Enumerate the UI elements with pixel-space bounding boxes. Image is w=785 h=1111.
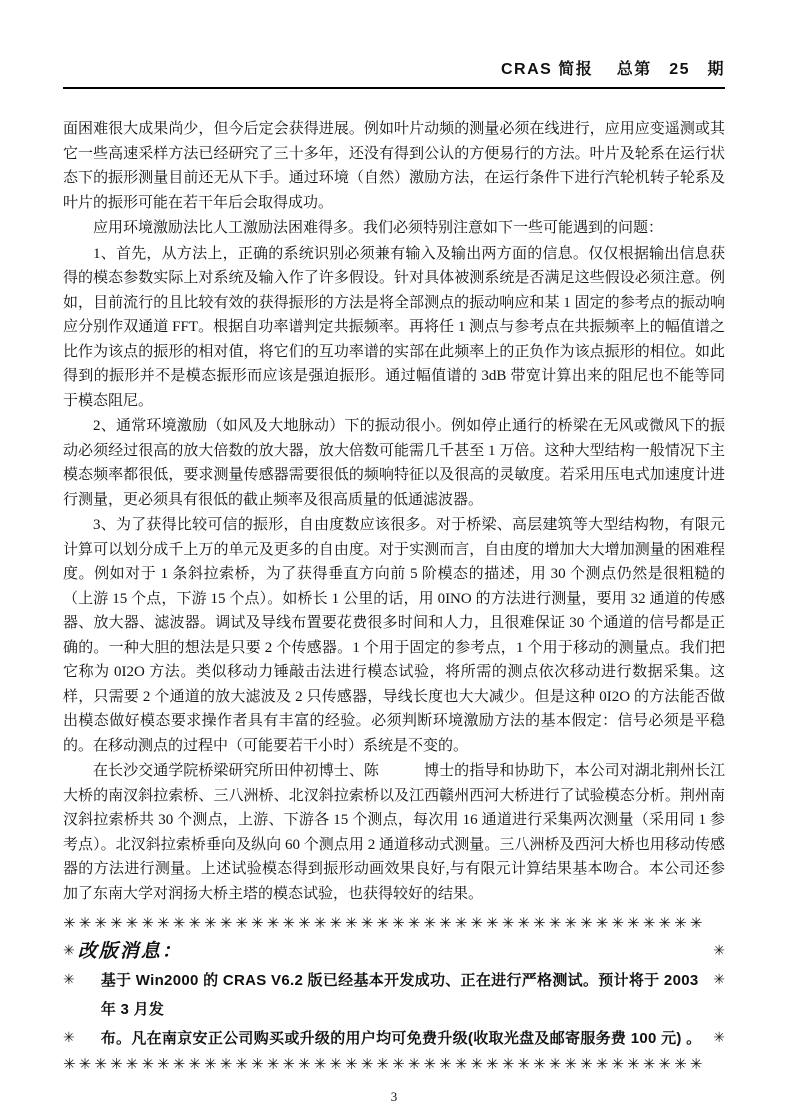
notice-heading: 改版消息： xyxy=(78,936,183,966)
asterisk-icon: ✳ xyxy=(713,1024,725,1053)
paragraph: 3、为了获得比较可信的振形，自由度数应该很多。对于桥梁、高层建筑等大型结构物，有… xyxy=(63,513,725,758)
header-rule xyxy=(63,87,725,89)
header-title: CRAS 简报 总第 25 期 xyxy=(501,61,725,78)
notice-line: ✳ 基于 Win2000 的 CRAS V6.2 版已经基本开发成功、正在进行严… xyxy=(63,966,725,1024)
notice-line: ✳ 布。凡在南京安正公司购买或升级的用户均可免费升级(收取光盘及邮寄服务费 10… xyxy=(63,1024,725,1053)
notice-text: 基于 Win2000 的 CRAS V6.2 版已经基本开发成功、正在进行严格测… xyxy=(75,966,714,1024)
notice-heading-left: ✳ 改版消息： xyxy=(63,936,183,966)
body-text: 面困难很大成果尚少，但今后定会获得进展。例如叶片动频的测量必须在线进行，应用应变… xyxy=(63,117,725,906)
page-header: CRAS 简报 总第 25 期 xyxy=(63,58,725,82)
asterisk-icon: ✳ xyxy=(63,936,75,966)
paragraph: 2、通常环境激励（如风及大地脉动）下的振动很小。例如停止通行的桥梁在无风或微风下… xyxy=(63,414,725,512)
star-row-bottom: ✳✳✳✳✳✳✳✳✳✳✳✳✳✳✳✳✳✳✳✳✳✳✳✳✳✳✳✳✳✳✳✳✳✳✳✳✳✳✳✳… xyxy=(63,1053,725,1075)
paragraph: 1、首先，从方法上，正确的系统识别必须兼有输入及输出两方面的信息。仅仅根据输出信… xyxy=(63,242,725,414)
paragraph: 面困难很大成果尚少，但今后定会获得进展。例如叶片动频的测量必须在线进行，应用应变… xyxy=(63,117,725,215)
notice-block: ✳✳✳✳✳✳✳✳✳✳✳✳✳✳✳✳✳✳✳✳✳✳✳✳✳✳✳✳✳✳✳✳✳✳✳✳✳✳✳✳… xyxy=(63,912,725,1075)
star-row-top: ✳✳✳✳✳✳✳✳✳✳✳✳✳✳✳✳✳✳✳✳✳✳✳✳✳✳✳✳✳✳✳✳✳✳✳✳✳✳✳✳… xyxy=(63,912,725,934)
asterisk-icon: ✳ xyxy=(713,936,725,966)
notice-text: 布。凡在南京安正公司购买或升级的用户均可免费升级(收取光盘及邮寄服务费 100 … xyxy=(75,1024,714,1053)
page-number: 3 xyxy=(63,1089,725,1105)
paragraph: 应用环境激励法比人工激励法困难得多。我们必须特别注意如下一些可能遇到的问题： xyxy=(63,216,725,241)
document-page: CRAS 简报 总第 25 期 面困难很大成果尚少，但今后定会获得进展。例如叶片… xyxy=(0,0,785,1111)
paragraph: 在长沙交通学院桥梁研究所田仲初博士、陈 博士的指导和协助下，本公司对湖北荆州长江… xyxy=(63,759,725,906)
asterisk-icon: ✳ xyxy=(713,966,725,995)
notice-heading-line: ✳ 改版消息： ✳ xyxy=(63,936,725,966)
asterisk-icon: ✳ xyxy=(63,1024,75,1053)
asterisk-icon: ✳ xyxy=(63,966,75,995)
